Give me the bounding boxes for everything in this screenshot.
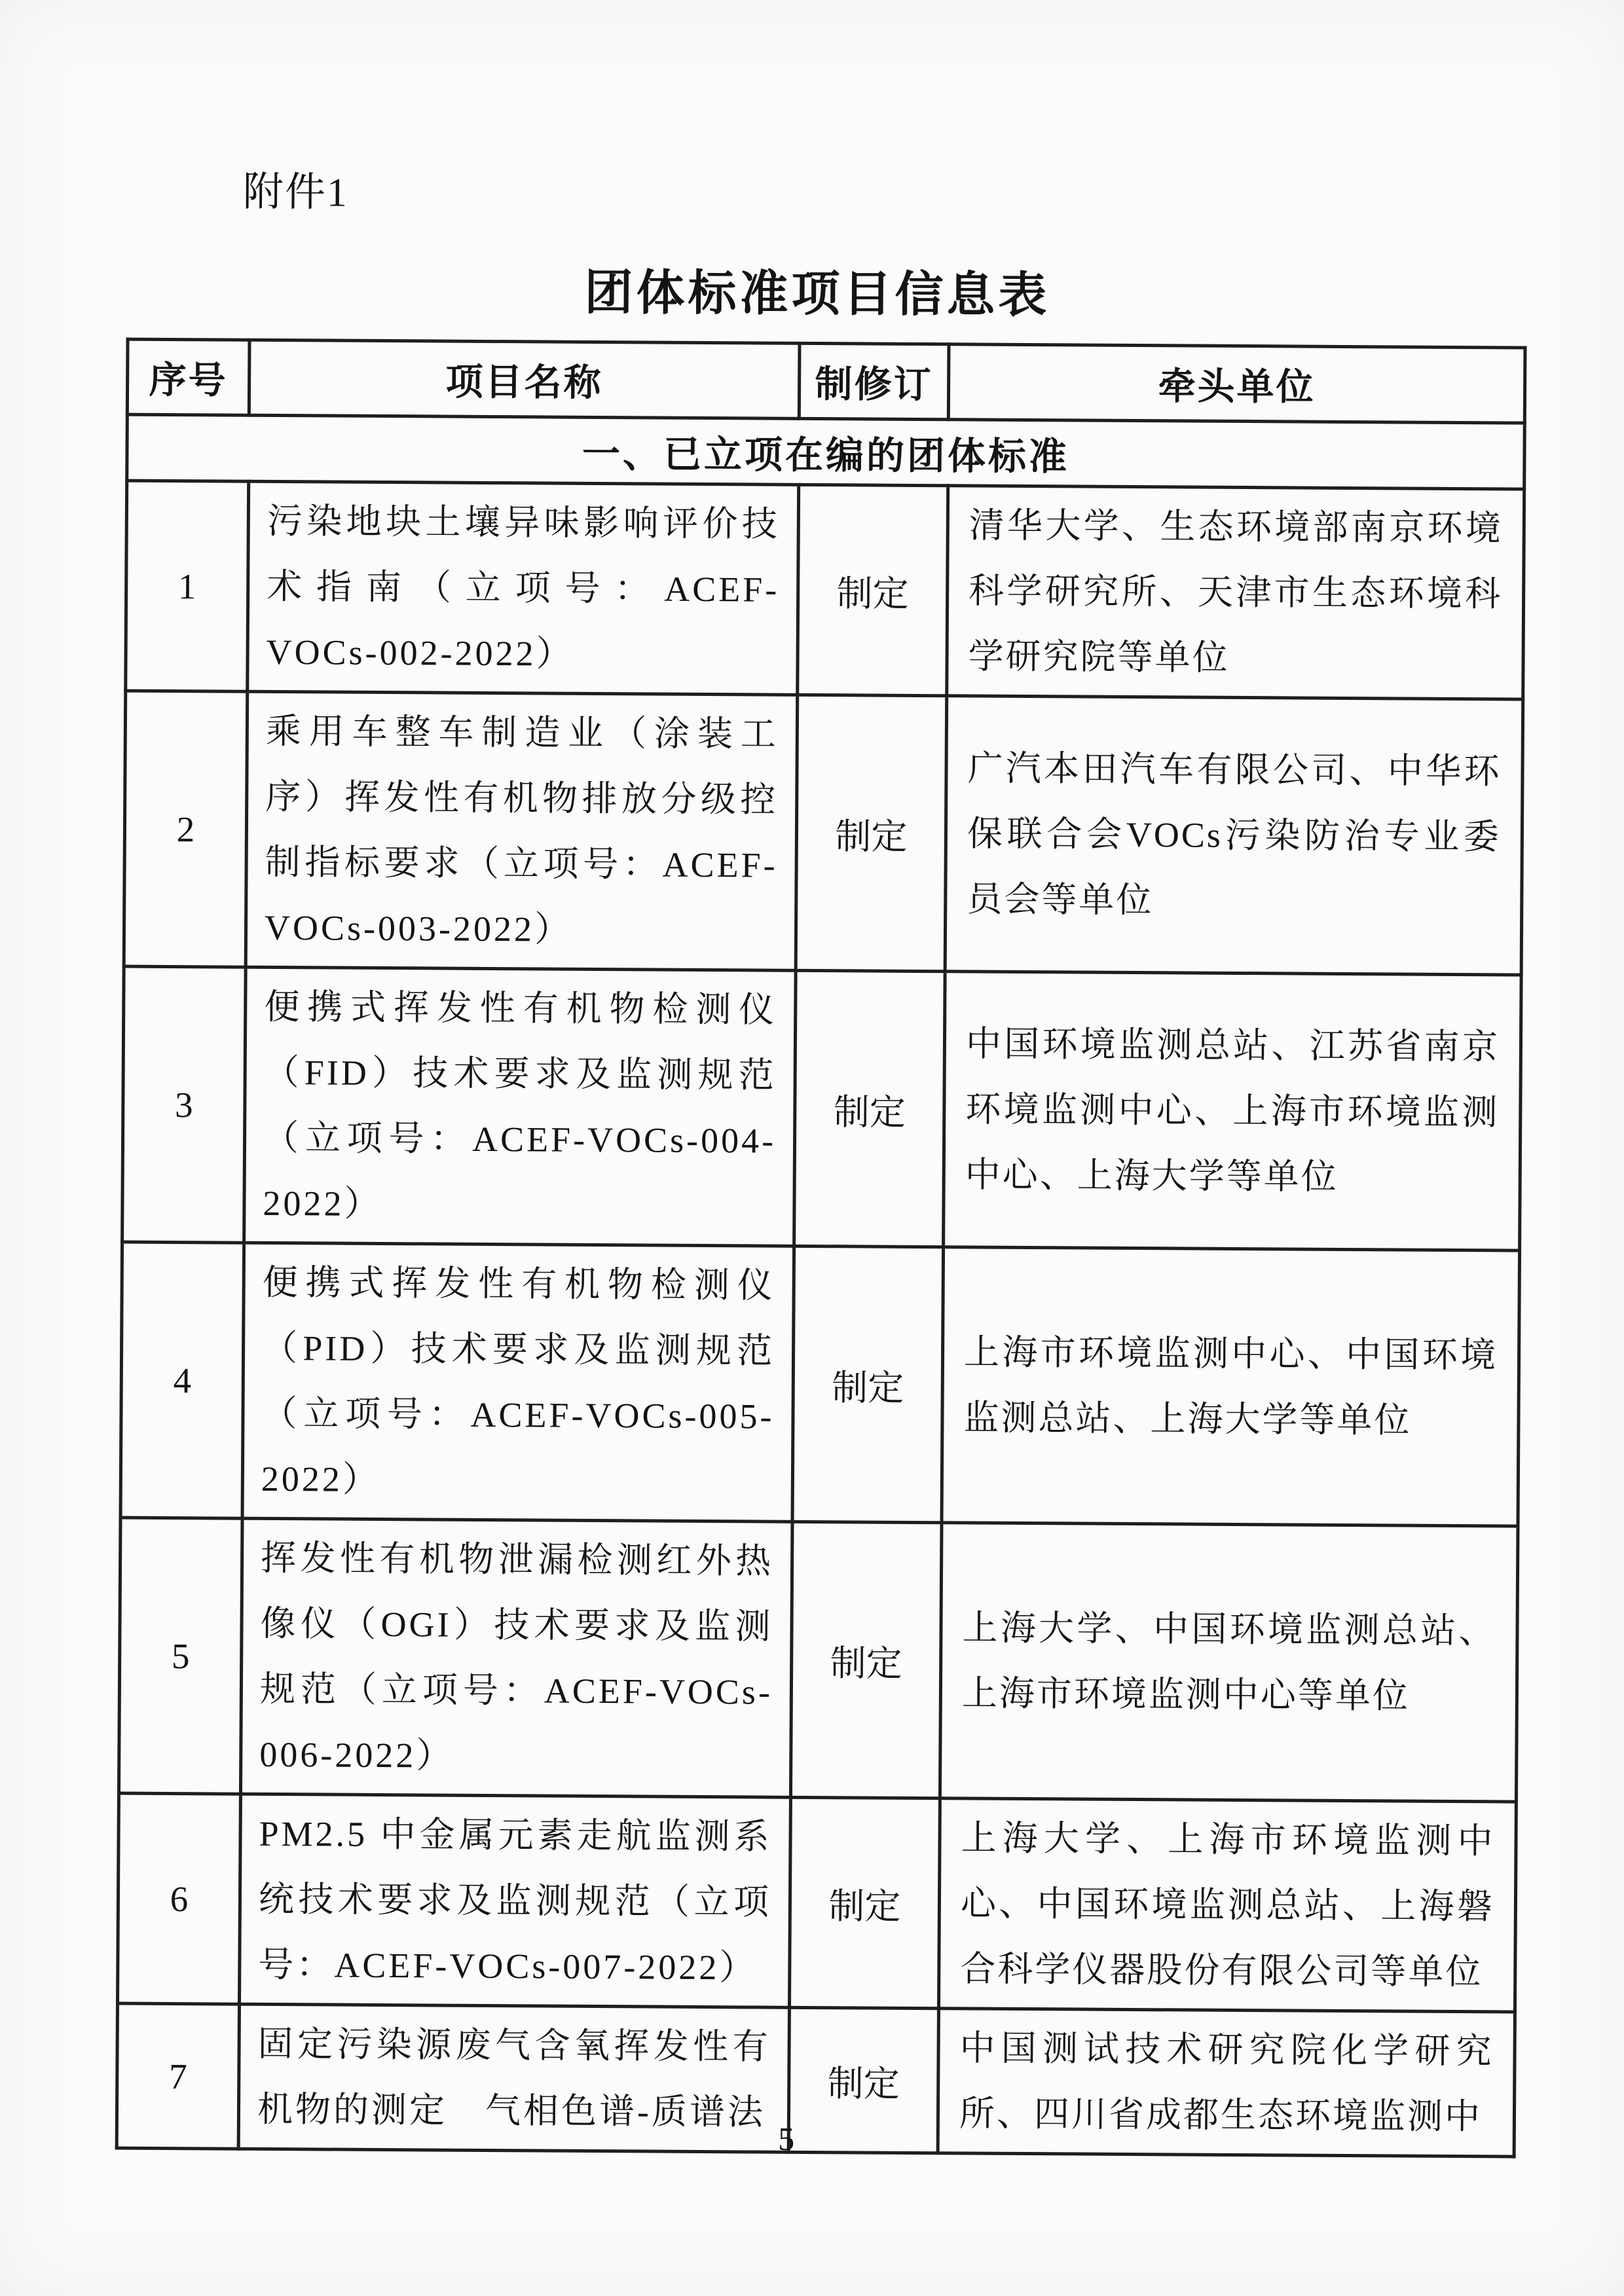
revision-type-cell: 制定: [794, 970, 946, 1247]
table-row: 6PM2.5 中金属元素走航监测系统技术要求及监测规范（立项号：ACEF-VOC…: [117, 1793, 1516, 2012]
table-row: 3便携式挥发性有机物检测仪（FID）技术要求及监测规范（立项号：ACEF-VOC…: [122, 966, 1522, 1250]
row-number-cell: 4: [120, 1242, 244, 1518]
lead-unit-cell: 上海大学、上海市环境监测中心、中国环境监测总站、上海磐合科学仪器股份有限公司等单…: [938, 1798, 1516, 2012]
table-header-row: 序号 项目名称 制修订 牵头单位: [127, 339, 1525, 423]
page-title: 团体标准项目信息表: [5, 250, 1624, 329]
row-number-cell: 5: [119, 1518, 242, 1794]
column-header-type: 制修订: [799, 343, 949, 419]
row-number-cell: 1: [126, 481, 249, 691]
lead-unit-cell: 上海市环境监测中心、中国环境监测总站、上海大学等单位: [942, 1247, 1520, 1526]
row-number-cell: 6: [117, 1793, 240, 2004]
project-name-cell: 便携式挥发性有机物检测仪（FID）技术要求及监测规范（立项号：ACEF-VOCs…: [244, 967, 796, 1246]
lead-unit-cell: 清华大学、生态环境部南京环境科学研究所、天津市生态环境科学研究院等单位: [947, 486, 1524, 699]
table-head: 序号 项目名称 制修订 牵头单位 一、已立项在编的团体标准: [127, 339, 1525, 489]
project-name-cell: 污染地块土壤异味影响评价技术指南（立项号：ACEF-VOCs-002-2022）: [248, 481, 799, 695]
project-name-cell: 乘用车整车制造业（涂装工序）挥发性有机物排放分级控制指标要求（立项号：ACEF-…: [246, 691, 798, 970]
scanned-sheet: 附件1 团体标准项目信息表 序号 项目名称 制修订 牵头单位 一、已立项在编的团…: [0, 0, 1624, 2296]
section-header-row: 一、已立项在编的团体标准: [127, 414, 1525, 489]
revision-type-cell: 制定: [789, 1797, 940, 2008]
lead-unit-cell: 广汽本田汽车有限公司、中华环保联合会VOCs污染防治专业委员会等单位: [945, 696, 1523, 975]
row-number-cell: 3: [122, 966, 246, 1243]
column-header-name: 项目名称: [249, 340, 800, 418]
revision-type-cell: 制定: [792, 1246, 944, 1522]
table-row: 1污染地块土壤异味影响评价技术指南（立项号：ACEF-VOCs-002-2022…: [126, 481, 1524, 699]
table-row: 4便携式挥发性有机物检测仪（PID）技术要求及监测规范（立项号：ACEF-VOC…: [120, 1242, 1520, 1526]
revision-type-cell: 制定: [790, 1522, 942, 1798]
table-body: 1污染地块土壤异味影响评价技术指南（立项号：ACEF-VOCs-002-2022…: [117, 481, 1524, 2157]
attachment-label: 附件1: [243, 159, 349, 218]
lead-unit-cell: 中国环境监测总站、江苏省南京环境监测中心、上海市环境监测中心、上海大学等单位: [944, 972, 1522, 1250]
revision-type-cell: 制定: [798, 484, 948, 695]
project-name-cell: 便携式挥发性有机物检测仪（PID）技术要求及监测规范（立项号：ACEF-VOCs…: [242, 1243, 794, 1522]
column-header-no: 序号: [127, 339, 249, 415]
table-row: 2乘用车整车制造业（涂装工序）挥发性有机物排放分级控制指标要求（立项号：ACEF…: [124, 691, 1523, 975]
project-name-cell: 挥发性有机物泄漏检测红外热像仪（OGI）技术要求及监测规范（立项号：ACEF-V…: [240, 1518, 792, 1797]
row-number-cell: 2: [124, 691, 248, 967]
document-page: 附件1 团体标准项目信息表 序号 项目名称 制修订 牵头单位 一、已立项在编的团…: [0, 0, 1624, 2296]
projects-table: 序号 项目名称 制修订 牵头单位 一、已立项在编的团体标准 1污染地块土壤异味影…: [115, 338, 1527, 2159]
project-name-cell: PM2.5 中金属元素走航监测系统技术要求及监测规范（立项号：ACEF-VOCs…: [239, 1794, 790, 2007]
revision-type-cell: 制定: [796, 695, 947, 971]
table-row: 5挥发性有机物泄漏检测红外热像仪（OGI）技术要求及监测规范（立项号：ACEF-…: [119, 1518, 1518, 1802]
column-header-lead: 牵头单位: [948, 344, 1525, 423]
section-header: 一、已立项在编的团体标准: [127, 414, 1525, 489]
lead-unit-cell: 上海大学、中国环境监测总站、上海市环境监测中心等单位: [940, 1523, 1518, 1802]
